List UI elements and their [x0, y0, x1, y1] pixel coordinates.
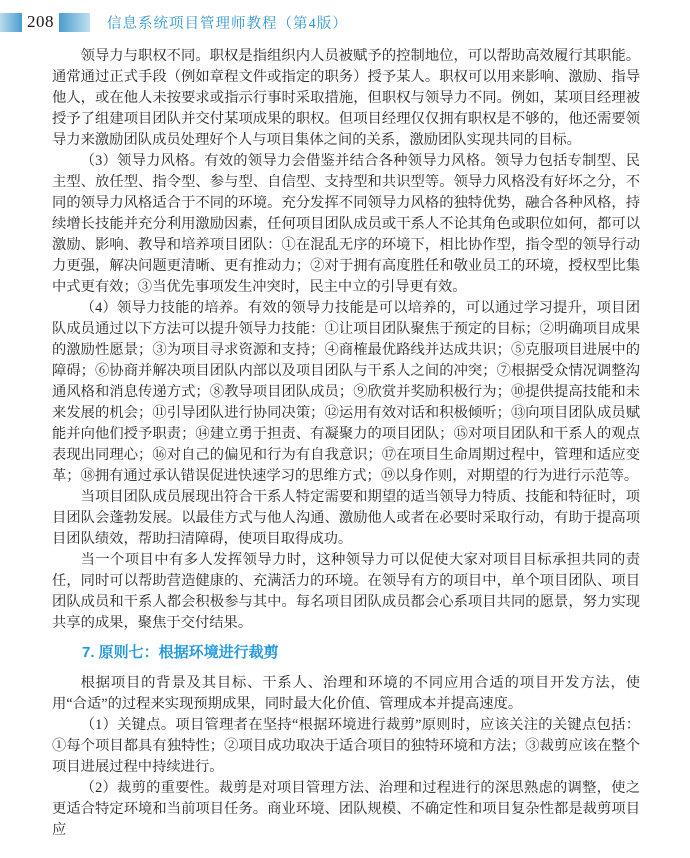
paragraph-tailoring-importance: （2）裁剪的重要性。裁剪是对项目管理方法、治理和过程进行的深思熟虑的调整，使之更… — [52, 778, 640, 841]
page-content: 领导力与职权不同。职权是指组织内人员被赋予的控制地位，可以帮助高效履行其职能。通… — [0, 46, 690, 841]
page-header: 208 信息系统项目管理师教程（第4版） — [0, 12, 690, 32]
paragraph-team-thriving: 当项目团队成员展现出符合干系人特定需要和期望的适当领导力特质、技能和特征时，项目… — [52, 487, 640, 550]
header-decoration-right — [59, 13, 90, 32]
paragraph-tailoring-intro: 根据项目的背景及其目标、干系人、治理和环境的不同应用合适的项目开发方法，使用“合… — [52, 673, 640, 715]
section-heading-principle-7: 7. 原则七：根据环境进行裁剪 — [52, 642, 640, 663]
page-number: 208 — [27, 12, 54, 32]
header-decoration-left — [0, 13, 22, 32]
paragraph-tailoring-key-points: （1）关键点。项目管理者在坚持“根据环境进行裁剪”原则时，应该关注的关键点包括：… — [52, 715, 640, 778]
book-page: 208 信息系统项目管理师教程（第4版） 领导力与职权不同。职权是指组织内人员被… — [0, 0, 690, 858]
book-title: 信息系统项目管理师教程（第4版） — [107, 12, 348, 33]
paragraph-leadership-vs-authority: 领导力与职权不同。职权是指组织内人员被赋予的控制地位，可以帮助高效履行其职能。通… — [52, 46, 640, 151]
paragraph-shared-leadership: 当一个项目中有多人发挥领导力时，这种领导力可以促使大家对项目目标承担共同的责任，… — [52, 550, 640, 634]
paragraph-leadership-styles: （3）领导力风格。有效的领导力会借鉴并结合各种领导力风格。领导力包括专制型、民主… — [52, 151, 640, 298]
paragraph-leadership-skill-development: （4）领导力技能的培养。有效的领导力技能是可以培养的，可以通过学习提升，项目团队… — [52, 298, 640, 487]
